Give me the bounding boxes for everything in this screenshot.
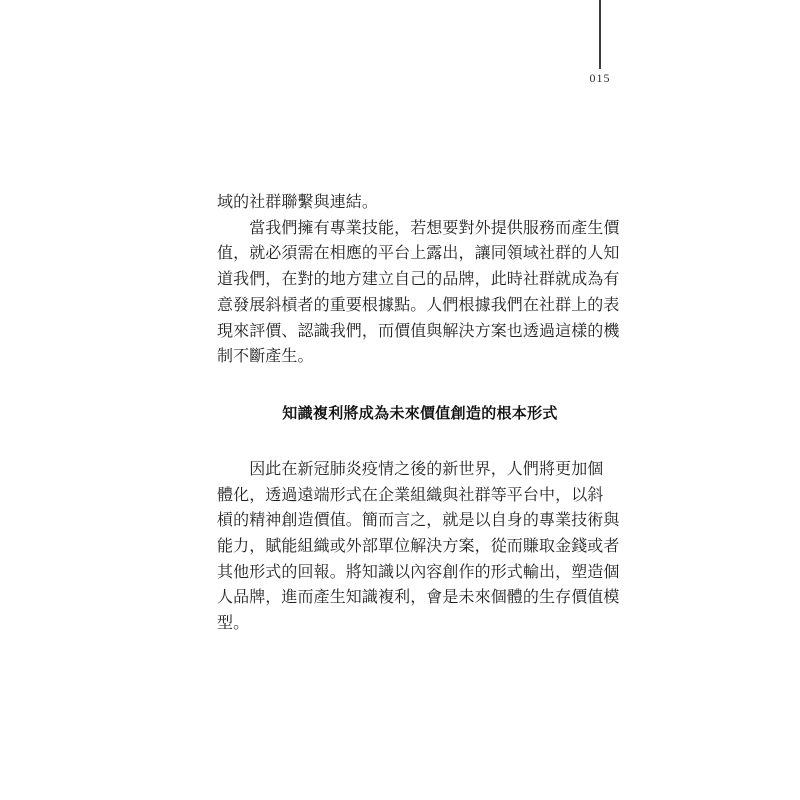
paragraph-future: 因此在新冠肺炎疫情之後的新世界，人們將更加個 體化，透過遠端形式在企業組織與社群… bbox=[217, 457, 623, 637]
text-block: 域的社群聯繫與連結。 當我們擁有專業技能，若想要對外提供服務而產生價 值，就必須… bbox=[217, 190, 623, 637]
paragraph-community: 當我們擁有專業技能，若想要對外提供服務而產生價 值，就必須需在相應的平台上露出，… bbox=[217, 216, 623, 370]
paragraph-continuation: 域的社群聯繫與連結。 bbox=[217, 190, 623, 216]
page-header-rule bbox=[599, 0, 601, 69]
book-page: 015 域的社群聯繫與連結。 當我們擁有專業技能，若想要對外提供服務而產生價 值… bbox=[0, 0, 800, 800]
page-number: 015 bbox=[584, 71, 616, 86]
section-heading: 知識複利將成為未來價值創造的根本形式 bbox=[217, 401, 623, 427]
